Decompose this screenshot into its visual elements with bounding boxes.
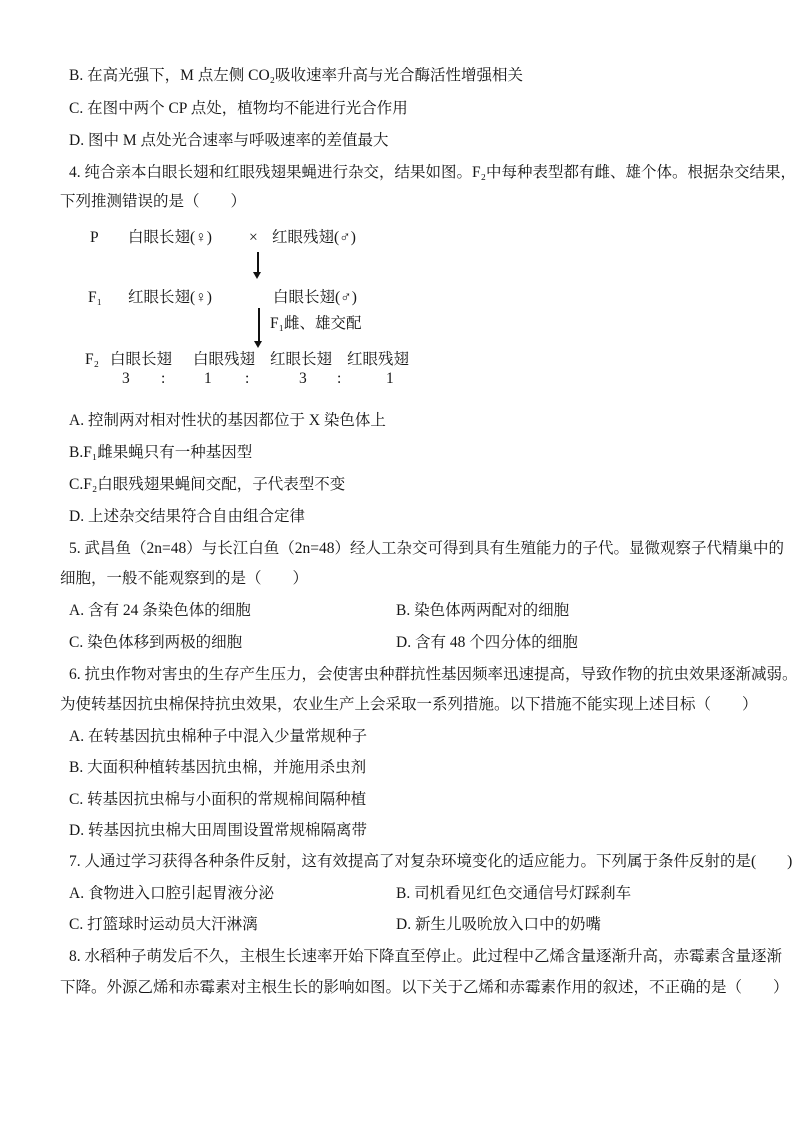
q4-option-b: B.F₁雌果蝇只有一种基因型: [69, 443, 252, 462]
q5-option-b: B. 染色体两两配对的细胞: [396, 601, 569, 620]
q5-option-a: A. 含有 24 条染色体的细胞: [69, 601, 251, 620]
down-arrow-icon: [258, 308, 260, 342]
q6-option-c: C. 转基因抗虫棉与小面积的常规棉间隔种植: [69, 790, 366, 809]
f2-ratio-value: 3: [122, 370, 130, 389]
q3-option-c: C. 在图中两个 CP 点处，植物均不能进行光合作用: [69, 99, 408, 118]
q5-stem-line2: 细胞，一般不能观察到的是（ ）: [60, 569, 308, 588]
q5-stem-line1: 5. 武昌鱼（2n=48）与长江白鱼（2n=48）经人工杂交可得到具有生殖能力的…: [69, 539, 784, 558]
q4-option-c: C.F₂白眼残翅果蝇间交配，子代表型不变: [69, 475, 345, 494]
q6-option-a: A. 在转基因抗虫棉种子中混入少量常规种子: [69, 727, 367, 746]
q8-stem-line1: 8. 水稻种子萌发后不久，主根生长速率开始下降直至停止。此过程中乙烯含量逐渐升高…: [69, 947, 782, 966]
q7-stem: 7. 人通过学习获得各种条件反射，这有效提高了对复杂环境变化的适应能力。下列属于…: [69, 852, 792, 871]
cross-symbol: ×: [249, 229, 258, 248]
cross-diagram-p-female: 白眼长翅(♀): [128, 229, 212, 248]
f2-ratio-value: 3: [299, 370, 307, 389]
f2-phenotype: 红眼残翅: [347, 351, 409, 370]
f2-phenotype: 白眼残翅: [193, 351, 255, 370]
q6-stem-line1: 6. 抗虫作物对害虫的生存产生压力，会使害虫种群抗性基因频率迅速提高，导致作物的…: [69, 665, 793, 684]
q7-option-d: D. 新生儿吸吮放入口中的奶嘴: [396, 915, 601, 934]
q8-stem-line2: 下降。外源乙烯和赤霉素对主根生长的影响如图。以下关于乙烯和赤霉素作用的叙述，不正…: [60, 978, 789, 997]
q7-option-c: C. 打篮球时运动员大汗淋漓: [69, 915, 258, 934]
q6-option-b: B. 大面积种植转基因抗虫棉，并施用杀虫剂: [69, 758, 366, 777]
f2-ratio-value: 1: [204, 370, 212, 389]
q5-option-c: C. 染色体移到两极的细胞: [69, 633, 242, 652]
f2-phenotype: 白眼长翅: [110, 351, 172, 370]
down-arrow-icon: [257, 252, 259, 273]
f2-ratio-colon: :: [337, 370, 341, 389]
q4-stem-line1: 4. 纯合亲本白眼长翅和红眼残翅果蝇进行杂交，结果如图。F₂中每种表型都有雌、雄…: [69, 163, 793, 182]
q7-option-a: A. 食物进入口腔引起胃液分泌: [69, 884, 274, 903]
cross-diagram-f1-female: 红眼长翅(♀): [128, 289, 212, 308]
cross-diagram-arrow-label: F₁雌、雄交配: [270, 315, 362, 334]
q4-option-a: A. 控制两对相对性状的基因都位于 X 染色体上: [69, 411, 386, 430]
exam-document-page: B. 在高光强下，M 点左侧 CO₂吸收速率升高与光合酶活性增强相关 C. 在图…: [0, 0, 793, 1122]
q6-stem-line2: 为使转基因抗虫棉保持抗虫效果，农业生产上会采取一系列措施。以下措施不能实现上述目…: [60, 695, 758, 714]
cross-diagram-p-label: P: [90, 229, 99, 248]
cross-diagram-f2-label: F₂: [85, 351, 99, 370]
f2-ratio-colon: :: [161, 370, 165, 389]
q3-option-d: D. 图中 M 点处光合速率与呼吸速率的差值最大: [69, 131, 388, 150]
cross-diagram-f1-label: F₁: [88, 289, 102, 308]
f2-ratio-value: 1: [386, 370, 394, 389]
f2-ratio-colon: :: [245, 370, 249, 389]
q6-option-d: D. 转基因抗虫棉大田周围设置常规棉隔离带: [69, 821, 367, 840]
q4-option-d: D. 上述杂交结果符合自由组合定律: [69, 507, 305, 526]
q3-option-b: B. 在高光强下，M 点左侧 CO₂吸收速率升高与光合酶活性增强相关: [69, 66, 523, 85]
f2-phenotype: 红眼长翅: [270, 351, 332, 370]
cross-diagram-p-male: 红眼残翅(♂): [272, 229, 356, 248]
q5-option-d: D. 含有 48 个四分体的细胞: [396, 633, 578, 652]
q4-stem-line2: 下列推测错误的是（ ）: [60, 192, 246, 211]
q7-option-b: B. 司机看见红色交通信号灯踩刹车: [396, 884, 631, 903]
cross-diagram-f1-male: 白眼长翅(♂): [273, 289, 357, 308]
